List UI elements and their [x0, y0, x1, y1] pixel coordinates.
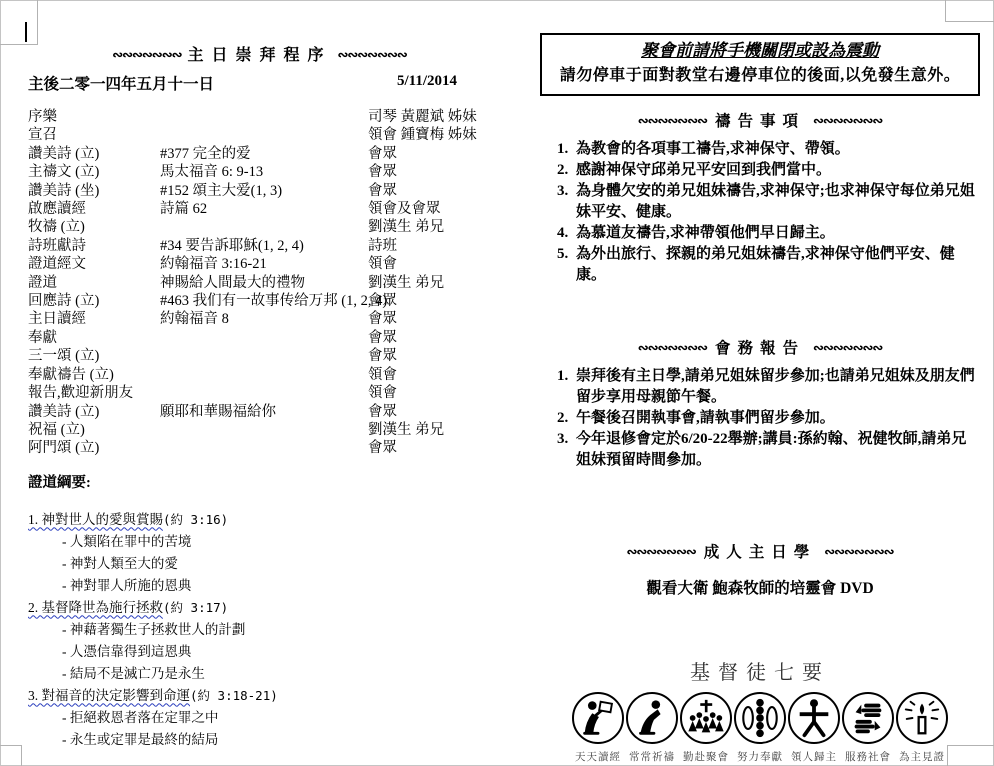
outline-sub-item: 拒絕救恩者落在定罪之中: [28, 707, 491, 729]
program-person: 劉漢生 弟兄: [368, 218, 491, 236]
program-row: 啟應讀經 詩篇 62 領會及會眾: [28, 200, 491, 218]
program-detail: #34 要告訴耶穌(1, 2, 4): [160, 237, 368, 255]
program-person: 領會及會眾: [368, 200, 491, 218]
read-bible-icon: [572, 692, 624, 744]
program-row: 奉獻禱告 (立) 領會: [28, 366, 491, 384]
crop-mark-bottom-left: [0, 745, 22, 766]
program-row: 證道經文 約翰福音 3:16-21 領會: [28, 255, 491, 273]
program-item: 主日讀經: [28, 310, 160, 328]
prayer-item: 為教會的各項事工禱告,求神保守、帶領。: [572, 139, 980, 160]
program-row: 報告,歡迎新朋友 領會: [28, 384, 491, 402]
outline-sub-item: 人類陷在罪中的苦境: [28, 531, 491, 553]
program-item: 報告,歡迎新朋友: [28, 384, 160, 402]
outline-sub-list: 人類陷在罪中的苦境 神對人類至大的愛 神對罪人所施的恩典: [28, 531, 491, 597]
outline-point-title: 2. 基督降世為施行拯救: [28, 600, 163, 615]
program-row: 祝福 (立) 劉漢生 弟兄: [28, 421, 491, 439]
ornament-left: ∾∾∾∾∾∾∾: [112, 47, 181, 62]
program-detail: [160, 439, 368, 457]
program-item: 啟應讀經: [28, 200, 160, 218]
program-item: 阿門頌 (立): [28, 439, 160, 457]
program-row: 序樂 司琴 黃麗斌 姊妹: [28, 108, 491, 126]
outline-point-heading: 1. 神對世人的愛與賞賜(約 3:16): [28, 509, 491, 531]
outline-point-title: 1. 神對世人的愛與賞賜: [28, 512, 163, 527]
seven-label: 服務社會: [845, 749, 891, 764]
report-item: 午餐後召開執事會,請執事們留步參加。: [572, 408, 980, 429]
prayer-item: 為慕道友禱告,求神帶領他們早日歸主。: [572, 223, 980, 244]
serving-hands-icon: [842, 692, 894, 744]
seven-label: 常常祈禱: [629, 749, 675, 764]
program-item: 序樂: [28, 108, 160, 126]
program-row: 三一頌 (立) 會眾: [28, 347, 491, 365]
seven-item: 天天讀經: [572, 692, 625, 764]
program-item: 回應詩 (立): [28, 292, 160, 310]
sunday-school-heading: ∾∾∾∾∾∾∾成人主日學∾∾∾∾∾∾∾: [540, 540, 980, 562]
seven-item: 為主見證: [896, 692, 949, 764]
program-person: 領會: [368, 366, 491, 384]
program-detail: 神賜給人間最大的禮物: [160, 274, 368, 292]
outline-sub-list: 神藉著獨生子拯救世人的計劃 人憑信靠得到這恩典 結局不是滅亡乃是永生: [28, 619, 491, 685]
program-row: 詩班獻詩 #34 要告訴耶穌(1, 2, 4) 詩班: [28, 237, 491, 255]
program-detail: #152 頌主大爱(1, 3): [160, 182, 368, 200]
seven-label: 為主見證: [899, 749, 945, 764]
program-row: 讚美詩 (坐) #152 頌主大爱(1, 3) 會眾: [28, 182, 491, 200]
program-person: 會眾: [368, 310, 491, 328]
program-item: 奉獻: [28, 329, 160, 347]
seven-item: 領人歸主: [788, 692, 841, 764]
program-detail: [160, 421, 368, 439]
outline-sub-list: 拒絕救恩者落在定罪之中 永生或定罪是最終的結局: [28, 707, 491, 751]
text-cursor: [25, 22, 27, 42]
program-detail: [160, 366, 368, 384]
candle-witness-icon: [896, 692, 948, 744]
program-item: 讚美詩 (立): [28, 145, 160, 163]
program-row: 主日讀經 約翰福音 8 會眾: [28, 310, 491, 328]
program-detail: [160, 126, 368, 144]
prayer-section-heading: ∾∾∾∾∾∾∾禱告事項∾∾∾∾∾∾∾: [540, 109, 980, 131]
program-person: 會眾: [368, 163, 491, 181]
program-person: 領會 鍾寶梅 姊妹: [368, 126, 491, 144]
seven-item: 常常祈禱: [626, 692, 679, 764]
program-detail: [160, 384, 368, 402]
prayer-item-list: 為教會的各項事工禱告,求神保守、帶領。 感謝神保守邱弟兄平安回到我們當中。 為身…: [540, 139, 980, 286]
ornament-right: ∾∾∾∾∾∾∾: [813, 113, 882, 128]
ornament-left: ∾∾∾∾∾∾∾: [638, 113, 707, 128]
sermon-outline: 1. 神對世人的愛與賞賜(約 3:16) 人類陷在罪中的苦境 神對人類至大的愛 …: [28, 509, 491, 751]
program-detail: [160, 218, 368, 236]
program-person: 會眾: [368, 403, 491, 421]
outline-point-heading: 2. 基督降世為施行拯救(約 3:17): [28, 597, 491, 619]
outline-point: 1. 神對世人的愛與賞賜(約 3:16) 人類陷在罪中的苦境 神對人類至大的愛 …: [28, 509, 491, 597]
outline-point-ref: (約 3:16): [163, 512, 228, 527]
ornament-right: ∾∾∾∾∾∾∾: [338, 47, 407, 62]
program-item: 奉獻禱告 (立): [28, 366, 160, 384]
program-item: 詩班獻詩: [28, 237, 160, 255]
outline-point-heading: 3. 對福音的決定影響到命運(約 3:18-21): [28, 685, 491, 707]
program-person: 領會: [368, 255, 491, 273]
program-person: 會眾: [368, 347, 491, 365]
lead-to-cross-icon: [788, 692, 840, 744]
program-person: 劉漢生 弟兄: [368, 421, 491, 439]
report-item-list: 崇拜後有主日學,請弟兄姐妹留步參加;也請弟兄姐妹及朋友們留步享用母親節午餐。 午…: [540, 366, 980, 471]
program-row: 阿門頌 (立) 會眾: [28, 439, 491, 457]
program-item: 宣召: [28, 126, 160, 144]
bulletin-page[interactable]: ∾∾∾∾∾∾∾主日崇拜程序∾∾∾∾∾∾∾ 主後二零一四年五月十一日 5/11/2…: [0, 0, 994, 766]
date-numeric: 5/11/2014: [397, 73, 457, 90]
prayer-item: 為外出旅行、探親的弟兄姐妹禱告,求神保守他們平安、健康。: [572, 244, 980, 286]
sunday-school-content: 觀看大衛 鮑森牧師的培靈會 DVD: [540, 576, 980, 598]
seven-essentials-title: 基督徒七要: [540, 656, 980, 685]
program-item: 讚美詩 (坐): [28, 182, 160, 200]
program-person: 司琴 黃麗斌 姊妹: [368, 108, 491, 126]
ornament-right: ∾∾∾∾∾∾∾: [813, 340, 882, 355]
sermon-outline-heading: 證道綱要:: [28, 471, 491, 492]
outline-point-ref: (約 3:18-21): [190, 688, 278, 703]
program-row: 奉獻 會眾: [28, 329, 491, 347]
program-detail: #463 我们有一故事传给万邦 (1, 2, 4): [160, 292, 368, 310]
program-row: 讚美詩 (立) #377 完全的爱 會眾: [28, 145, 491, 163]
seven-item: 勤赴聚會: [680, 692, 733, 764]
program-person: 劉漢生 弟兄: [368, 274, 491, 292]
gather-cross-icon: [680, 692, 732, 744]
program-item: 祝福 (立): [28, 421, 160, 439]
outline-point-title: 3. 對福音的決定影響到命運: [28, 688, 190, 703]
program-item: 牧禱 (立): [28, 218, 160, 236]
program-detail: 約翰福音 3:16-21: [160, 255, 368, 273]
program-detail: [160, 329, 368, 347]
program-row: 牧禱 (立) 劉漢生 弟兄: [28, 218, 491, 236]
page-title-row: ∾∾∾∾∾∾∾主日崇拜程序∾∾∾∾∾∾∾: [28, 42, 491, 65]
worship-program-table: 序樂 司琴 黃麗斌 姊妹 宣召 領會 鍾寶梅 姊妹 讚美詩 (立) #377 完…: [28, 108, 491, 458]
outline-sub-item: 神藉著獨生子拯救世人的計劃: [28, 619, 491, 641]
page-title: 主日崇拜程序: [187, 47, 331, 64]
program-detail: 約翰福音 8: [160, 310, 368, 328]
ornament-right: ∾∾∾∾∾∾∾: [824, 544, 893, 559]
program-row: 回應詩 (立) #463 我们有一故事传给万邦 (1, 2, 4) 會眾: [28, 292, 491, 310]
loaves-fishes-icon: [734, 692, 786, 744]
outline-point: 2. 基督降世為施行拯救(約 3:17) 神藉著獨生子拯救世人的計劃 人憑信靠得…: [28, 597, 491, 685]
program-detail: 馬太福音 6: 9-13: [160, 163, 368, 181]
date-row: 主後二零一四年五月十一日 5/11/2014: [28, 72, 491, 92]
prayer-item: 感謝神保守邱弟兄平安回到我們當中。: [572, 160, 980, 181]
program-item: 讚美詩 (立): [28, 403, 160, 421]
pray-icon: [626, 692, 678, 744]
report-heading-text: 會務報告: [715, 340, 805, 357]
date-chinese: 主後二零一四年五月十一日: [28, 76, 214, 93]
outline-point: 3. 對福音的決定影響到命運(約 3:18-21) 拒絕救恩者落在定罪之中 永生…: [28, 685, 491, 751]
program-item: 證道: [28, 274, 160, 292]
right-column: 聚會前請將手機關閉或設為震動 請勿停車于面對教堂右邊停車位的後面,以免發生意外。…: [540, 30, 980, 764]
program-person: 詩班: [368, 237, 491, 255]
seven-label: 努力奉獻: [737, 749, 783, 764]
crop-mark-top-right: [945, 0, 994, 22]
prayer-heading-text: 禱告事項: [715, 113, 805, 130]
program-row: 宣召 領會 鍾寶梅 姊妹: [28, 126, 491, 144]
seven-label: 領人歸主: [791, 749, 837, 764]
crop-mark-top-left: [0, 0, 38, 45]
outline-sub-item: 永生或定罪是最終的結局: [28, 729, 491, 751]
outline-sub-item: 神對人類至大的愛: [28, 553, 491, 575]
seven-label: 勤赴聚會: [683, 749, 729, 764]
program-detail: [160, 108, 368, 126]
notice-parking: 請勿停車于面對教堂右邊停車位的後面,以免發生意外。: [548, 63, 972, 88]
notice-box: 聚會前請將手機關閉或設為震動 請勿停車于面對教堂右邊停車位的後面,以免發生意外。: [540, 33, 980, 96]
report-item: 崇拜後有主日學,請弟兄姐妹留步參加;也請弟兄姐妹及朋友們留步享用母親節午餐。: [572, 366, 980, 408]
program-item: 三一頌 (立): [28, 347, 160, 365]
outline-sub-item: 結局不是滅亡乃是永生: [28, 663, 491, 685]
program-item: 證道經文: [28, 255, 160, 273]
seven-item: 服務社會: [842, 692, 895, 764]
program-person: 會眾: [368, 292, 491, 310]
program-detail: 願耶和華賜福給你: [160, 403, 368, 421]
program-detail: #377 完全的爱: [160, 145, 368, 163]
program-person: 會眾: [368, 439, 491, 457]
program-row: 主禱文 (立) 馬太福音 6: 9-13 會眾: [28, 163, 491, 181]
program-person: 會眾: [368, 145, 491, 163]
report-item: 今年退修會定於6/20-22舉辦;講員:孫約翰、祝健牧師,請弟兄姐妹預留時間參加…: [572, 429, 980, 471]
outline-sub-item: 人憑信靠得到這恩典: [28, 641, 491, 663]
left-column: ∾∾∾∾∾∾∾主日崇拜程序∾∾∾∾∾∾∾ 主後二零一四年五月十一日 5/11/2…: [28, 42, 491, 751]
seven-label: 天天讀經: [575, 749, 621, 764]
sunday-school-heading-text: 成人主日學: [704, 544, 817, 561]
report-section-heading: ∾∾∾∾∾∾∾會務報告∾∾∾∾∾∾∾: [540, 336, 980, 358]
outline-sub-item: 神對罪人所施的恩典: [28, 575, 491, 597]
program-detail: 詩篇 62: [160, 200, 368, 218]
outline-point-ref: (約 3:17): [163, 600, 228, 615]
ornament-left: ∾∾∾∾∾∾∾: [638, 340, 707, 355]
program-detail: [160, 347, 368, 365]
program-person: 會眾: [368, 182, 491, 200]
program-row: 證道 神賜給人間最大的禮物 劉漢生 弟兄: [28, 274, 491, 292]
program-item: 主禱文 (立): [28, 163, 160, 181]
program-row: 讚美詩 (立) 願耶和華賜福給你 會眾: [28, 403, 491, 421]
seven-essentials-row: 天天讀經 常常祈禱: [540, 692, 980, 764]
program-person: 會眾: [368, 329, 491, 347]
seven-item: 努力奉獻: [734, 692, 787, 764]
prayer-item: 為身體欠安的弟兄姐妹禱告,求神保守;也求神保守每位弟兄姐妹平安、健康。: [572, 181, 980, 223]
notice-phone: 聚會前請將手機關閉或設為震動: [548, 38, 972, 63]
program-person: 領會: [368, 384, 491, 402]
ornament-left: ∾∾∾∾∾∾∾: [626, 544, 695, 559]
